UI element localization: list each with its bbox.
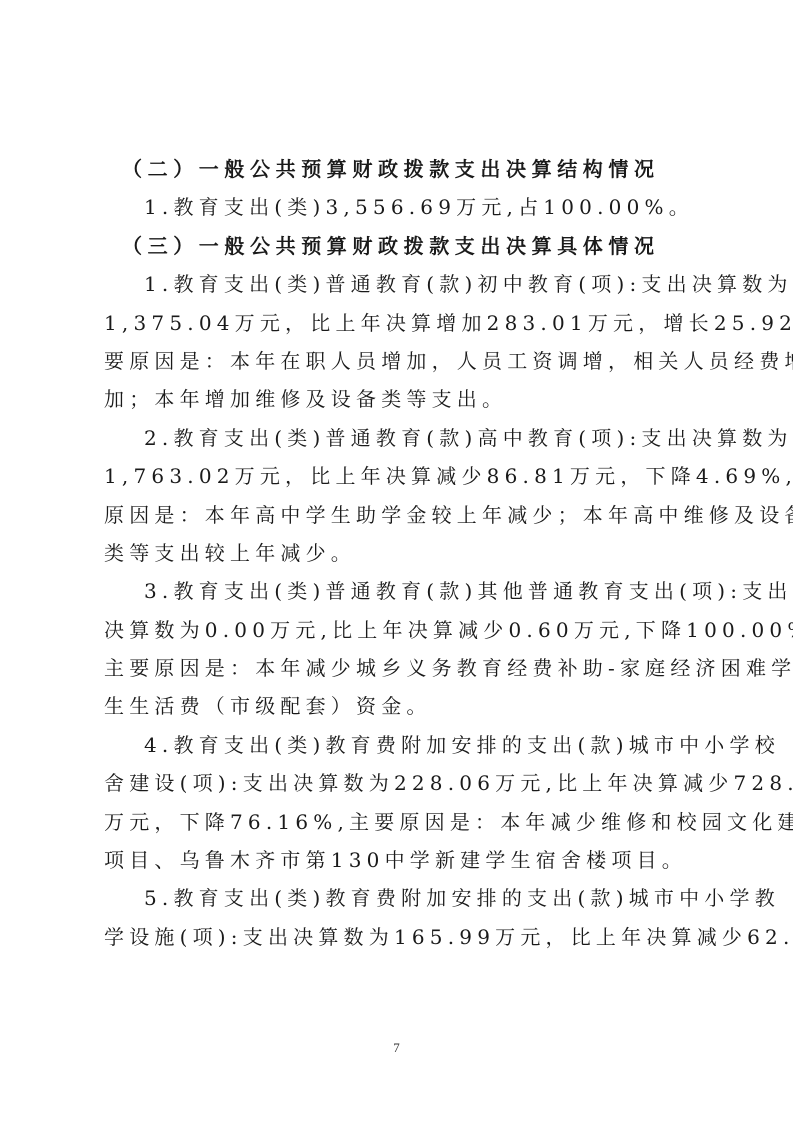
paragraph-line: 万元，下降76.16%,主要原因是：本年减少维修和校园文化建设 — [104, 803, 690, 841]
paragraph-line: 类等支出较上年减少。 — [104, 534, 690, 572]
section-heading-structure: （二）一般公共预算财政拨款支出决算结构情况 — [104, 150, 690, 188]
paragraph-line: 原因是：本年高中学生助学金较上年减少；本年高中维修及设备 — [104, 496, 690, 534]
structure-item-education: 1.教育支出(类)3,556.69万元,占100.00%。 — [104, 188, 690, 226]
paragraph-junior-high-education: 1.教育支出(类)普通教育(款)初中教育(项):支出决算数为 1,375.04万… — [104, 265, 690, 419]
paragraph-line: 要原因是：本年在职人员增加，人员工资调增，相关人员经费增 — [104, 342, 690, 380]
paragraph-teaching-facilities: 5.教育支出(类)教育费附加安排的支出(款)城市中小学教 学设施(项):支出决算… — [104, 879, 690, 956]
paragraph-line: 学设施(项):支出决算数为165.99万元，比上年决算减少62.49 — [104, 918, 690, 956]
paragraph-line: 1,375.04万元，比上年决算增加283.01万元，增长25.92%,主 — [104, 304, 690, 342]
paragraph-line: 舍建设(项):支出决算数为228.06万元,比上年决算减少728.61 — [104, 764, 690, 802]
paragraph-senior-high-education: 2.教育支出(类)普通教育(款)高中教育(项):支出决算数为 1,763.02万… — [104, 419, 690, 573]
paragraph-line: 生生活费（市级配套）资金。 — [104, 687, 690, 725]
paragraph-line: 决算数为0.00万元,比上年决算减少0.60万元,下降100.00%, — [104, 611, 690, 649]
paragraph-line: 加；本年增加维修及设备类等支出。 — [104, 380, 690, 418]
paragraph-line: 1.教育支出(类)普通教育(款)初中教育(项):支出决算数为 — [104, 265, 690, 303]
paragraph-line: 主要原因是：本年减少城乡义务教育经费补助-家庭经济困难学 — [104, 649, 690, 687]
paragraph-other-general-education: 3.教育支出(类)普通教育(款)其他普通教育支出(项):支出 决算数为0.00万… — [104, 572, 690, 726]
paragraph-line: 2.教育支出(类)普通教育(款)高中教育(项):支出决算数为 — [104, 419, 690, 457]
paragraph-line: 5.教育支出(类)教育费附加安排的支出(款)城市中小学教 — [104, 879, 690, 917]
paragraph-line: 1,763.02万元，比上年决算减少86.81万元，下降4.69%,主要 — [104, 457, 690, 495]
section-heading-details: （三）一般公共预算财政拨款支出决算具体情况 — [104, 227, 690, 265]
paragraph-line: 项目、乌鲁木齐市第130中学新建学生宿舍楼项目。 — [104, 841, 690, 879]
document-page: （二）一般公共预算财政拨款支出决算结构情况 1.教育支出(类)3,556.69万… — [104, 150, 690, 956]
page-number: 7 — [0, 1040, 793, 1056]
paragraph-school-building-construction: 4.教育支出(类)教育费附加安排的支出(款)城市中小学校 舍建设(项):支出决算… — [104, 726, 690, 880]
paragraph-line: 4.教育支出(类)教育费附加安排的支出(款)城市中小学校 — [104, 726, 690, 764]
paragraph-line: 3.教育支出(类)普通教育(款)其他普通教育支出(项):支出 — [104, 572, 690, 610]
